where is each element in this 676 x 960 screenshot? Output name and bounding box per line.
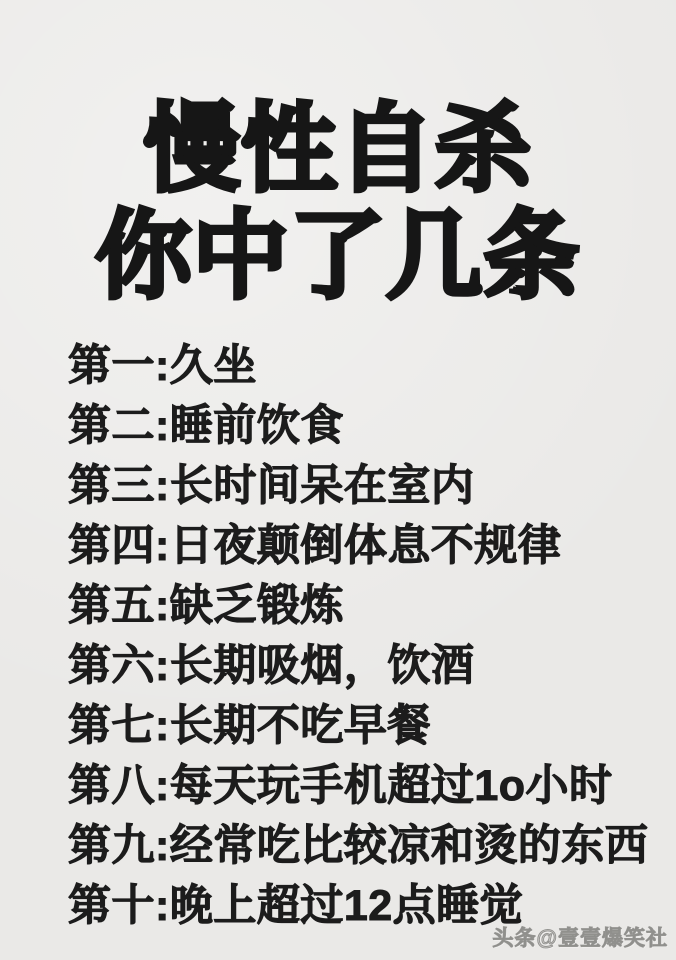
list-item: 第五:缺乏锻炼: [68, 576, 676, 636]
poster: 慢性自杀 你中了几条 第一:久坐 第二:睡前饮食 第三:长时间呆在室内 第四:日…: [0, 0, 676, 960]
title-line-1: 慢性自杀: [0, 96, 676, 203]
habit-list: 第一:久坐 第二:睡前饮食 第三:长时间呆在室内 第四:日夜颠倒体息不规律 第五…: [0, 336, 676, 936]
list-item: 第二:睡前饮食: [68, 396, 676, 456]
title-line-2: 你中了几条: [0, 203, 676, 310]
list-item: 第四:日夜颠倒体息不规律: [68, 516, 676, 576]
list-item: 第八:每天玩手机超过1o小时: [68, 756, 676, 816]
list-item: 第一:久坐: [68, 336, 676, 396]
list-item: 第三:长时间呆在室内: [68, 456, 676, 516]
poster-title: 慢性自杀 你中了几条: [0, 96, 676, 310]
list-item: 第九:经常吃比较凉和烫的东西: [68, 816, 676, 876]
list-item: 第七:长期不吃早餐: [68, 696, 676, 756]
watermark: 头条@壹壹爆笑社: [493, 922, 668, 952]
list-item: 第六:长期吸烟，饮酒: [68, 636, 676, 696]
